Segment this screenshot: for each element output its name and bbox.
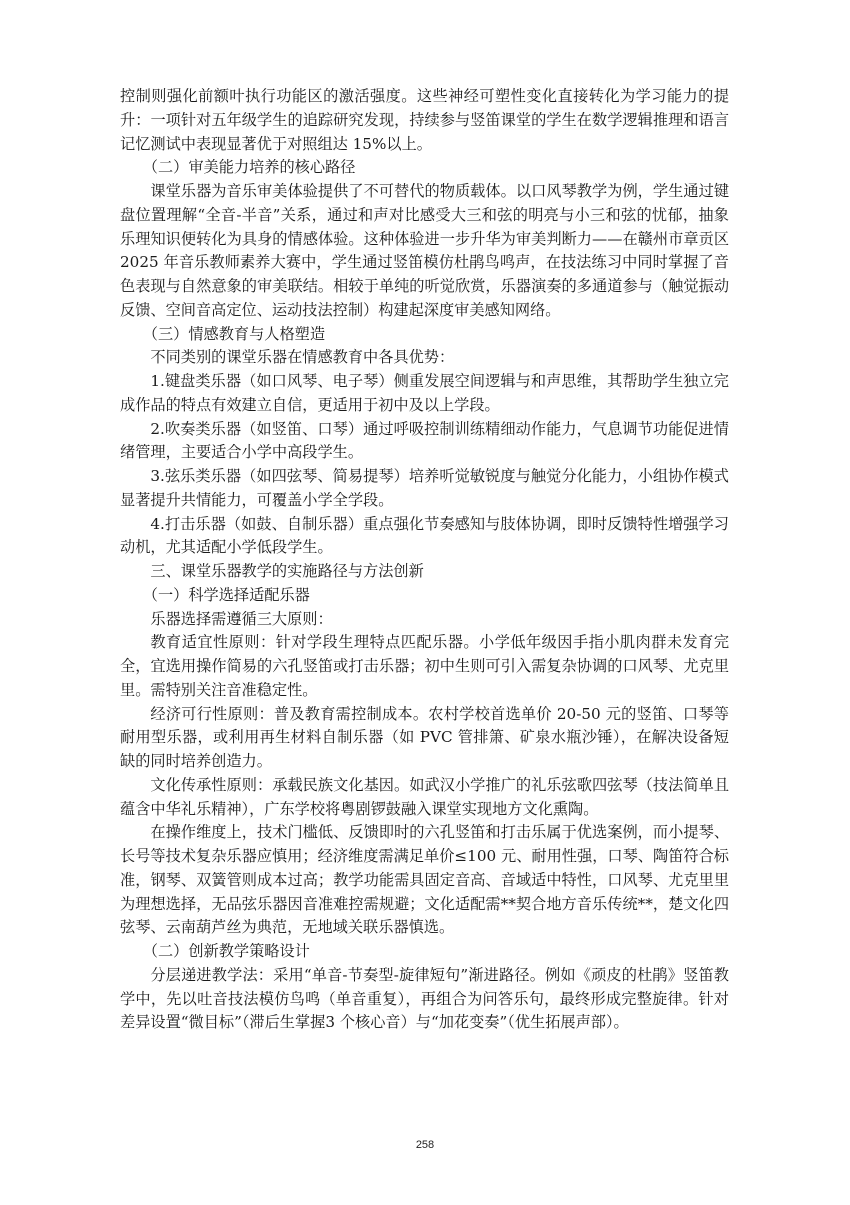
paragraph-instrument-advantages: 不同类别的课堂乐器在情感教育中各具优势： (120, 346, 729, 370)
list-item-percussion: 4.打击乐器（如鼓、自制乐器）重点强化节奏感知与肢体协调，即时反馈特性增强学习动… (120, 513, 729, 561)
list-item-wind: 2.吹奏类乐器（如竖笛、口琴）通过呼吸控制训练精细动作能力，气息调节功能促进情绪… (120, 418, 729, 466)
paragraph-economic-feasibility: 经济可行性原则：普及教育需控制成本。农村学校首选单价 20-50 元的竖笛、口琴… (120, 703, 729, 774)
paragraph-continuation: 控制则强化前额叶执行功能区的激活强度。这些神经可塑性变化直接转化为学习能力的提升… (120, 85, 729, 156)
subheading-aesthetic-ability: （二）审美能力培养的核心路径 (120, 156, 729, 180)
subheading-teaching-strategy: （二）创新教学策略设计 (120, 940, 729, 964)
subheading-emotional-education: （三）情感教育与人格塑造 (120, 323, 729, 347)
paragraph-aesthetic-carrier: 课堂乐器为音乐审美体验提供了不可替代的物质载体。以口风琴教学为例，学生通过键盘位… (120, 180, 729, 323)
section-heading-implementation: 三、课堂乐器教学的实施路径与方法创新 (120, 560, 729, 584)
document-page-body: 控制则强化前额叶执行功能区的激活强度。这些神经可塑性变化直接转化为学习能力的提升… (120, 85, 729, 1035)
subheading-select-instruments: （一）科学选择适配乐器 (120, 584, 729, 608)
paragraph-operational-dimension: 在操作维度上，技术门槛低、反馈即时的六孔竖笛和打击乐属于优选案例，而小提琴、长号… (120, 821, 729, 940)
list-item-keyboard: 1.键盘类乐器（如口风琴、电子琴）侧重发展空间逻辑与和声思维，其帮助学生独立完成… (120, 370, 729, 418)
paragraph-layered-teaching: 分层递进教学法：采用“单音-节奏型-旋律短句”渐进路径。例如《顽皮的杜鹃》竖笛教… (120, 964, 729, 1035)
page-number: 258 (0, 1139, 850, 1151)
paragraph-cultural-heritage: 文化传承性原则：承载民族文化基因。如武汉小学推广的礼乐弦歌四弦琴（技法简单且蕴含… (120, 774, 729, 822)
paragraph-three-principles: 乐器选择需遵循三大原则： (120, 608, 729, 632)
paragraph-educational-suitability: 教育适宜性原则：针对学段生理特点匹配乐器。小学低年级因手指小肌肉群未发育完全，宜… (120, 631, 729, 702)
list-item-string: 3.弦乐类乐器（如四弦琴、简易提琴）培养听觉敏锐度与触觉分化能力，小组协作模式显… (120, 465, 729, 513)
